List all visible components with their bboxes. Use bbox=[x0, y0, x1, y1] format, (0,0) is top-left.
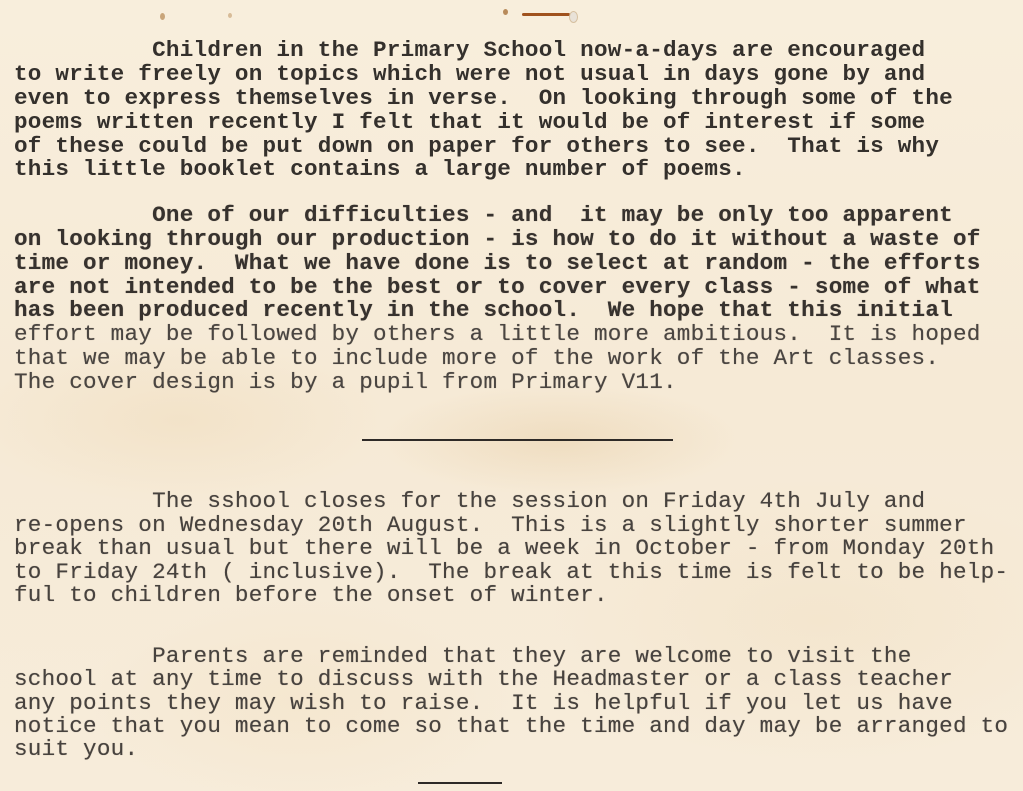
text-line: notice that you mean to come so that the… bbox=[14, 714, 1008, 738]
text-line: poems written recently I felt that it wo… bbox=[14, 110, 925, 134]
text-line: this little booklet contains a large num… bbox=[14, 157, 746, 181]
text-line: effort may be followed by others a littl… bbox=[14, 322, 981, 346]
text-line: school at any time to discuss with the H… bbox=[14, 667, 953, 691]
text-line: of these could be put down on paper for … bbox=[14, 134, 939, 158]
text-line: Children in the Primary School now-a-day… bbox=[14, 38, 925, 62]
bottom-divider bbox=[418, 782, 502, 784]
text-line: any points they may wish to raise. It is… bbox=[14, 691, 953, 715]
text-line: that we may be able to include more of t… bbox=[14, 346, 939, 370]
text-line: break than usual but there will be a wee… bbox=[14, 536, 994, 560]
text-line: The cover design is by a pupil from Prim… bbox=[14, 370, 677, 394]
section-divider bbox=[362, 439, 673, 441]
text-line: to write freely on topics which were not… bbox=[14, 62, 925, 86]
text-line: ful to children before the onset of wint… bbox=[14, 583, 608, 607]
paper-hole-mark bbox=[569, 11, 578, 23]
text-line: time or money. What we have done is to s… bbox=[14, 251, 981, 275]
paper-hole-mark bbox=[228, 13, 232, 18]
rust-staple-mark bbox=[522, 13, 570, 16]
text-line: to Friday 24th ( inclusive). The break a… bbox=[14, 560, 1008, 584]
text-line: even to express themselves in verse. On … bbox=[14, 86, 953, 110]
paper-hole-mark bbox=[503, 9, 508, 15]
paper-hole-mark bbox=[160, 13, 165, 20]
text-line: One of our difficulties - and it may be … bbox=[14, 203, 953, 227]
text-line: suit you. bbox=[14, 737, 138, 761]
text-line: has been produced recently in the school… bbox=[14, 298, 953, 322]
text-line: re-opens on Wednesday 20th August. This … bbox=[14, 513, 967, 537]
text-line: The sshool closes for the session on Fri… bbox=[14, 489, 925, 513]
text-line: are not intended to be the best or to co… bbox=[14, 275, 981, 299]
typed-document-page: Children in the Primary School now-a-day… bbox=[0, 0, 1023, 791]
text-line: Parents are reminded that they are welco… bbox=[14, 644, 912, 668]
text-line: on looking through our production - is h… bbox=[14, 227, 981, 251]
